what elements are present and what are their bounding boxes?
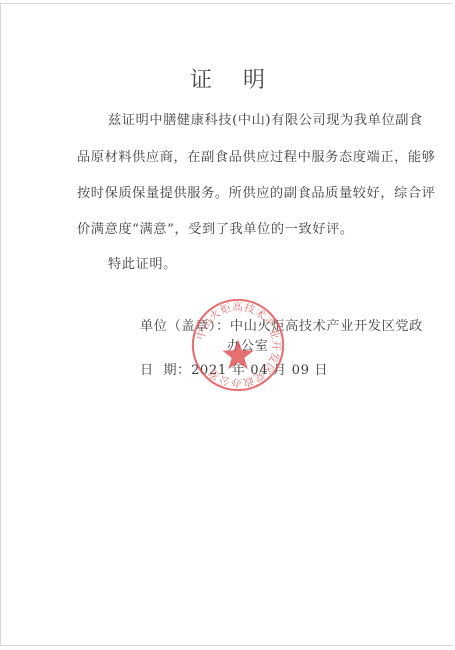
signature-date: 日 期：2021 年 04 月 09 日 [140, 359, 328, 378]
body-line-4: 价满意度“满意”，受到了我单位的一致好评。 [77, 218, 354, 237]
signature-unit: 单位（盖章）：中山火炬高技术产业开发区党政 [140, 315, 423, 334]
closing-text: 特此证明。 [108, 253, 177, 272]
signature-unit-cont: 办公室 [227, 335, 268, 354]
body-line-2: 品原材料供应商，在副食品供应过程中服务态度端正，能够 [77, 146, 435, 165]
body-line-3: 按时保质保量提供服务。所供应的副食品质量较好，综合评 [77, 182, 435, 201]
body-line-1: 兹证明中膳健康科技(中山)有限公司现为我单位副食 [108, 109, 423, 128]
document-title: 证 明 [0, 63, 455, 94]
